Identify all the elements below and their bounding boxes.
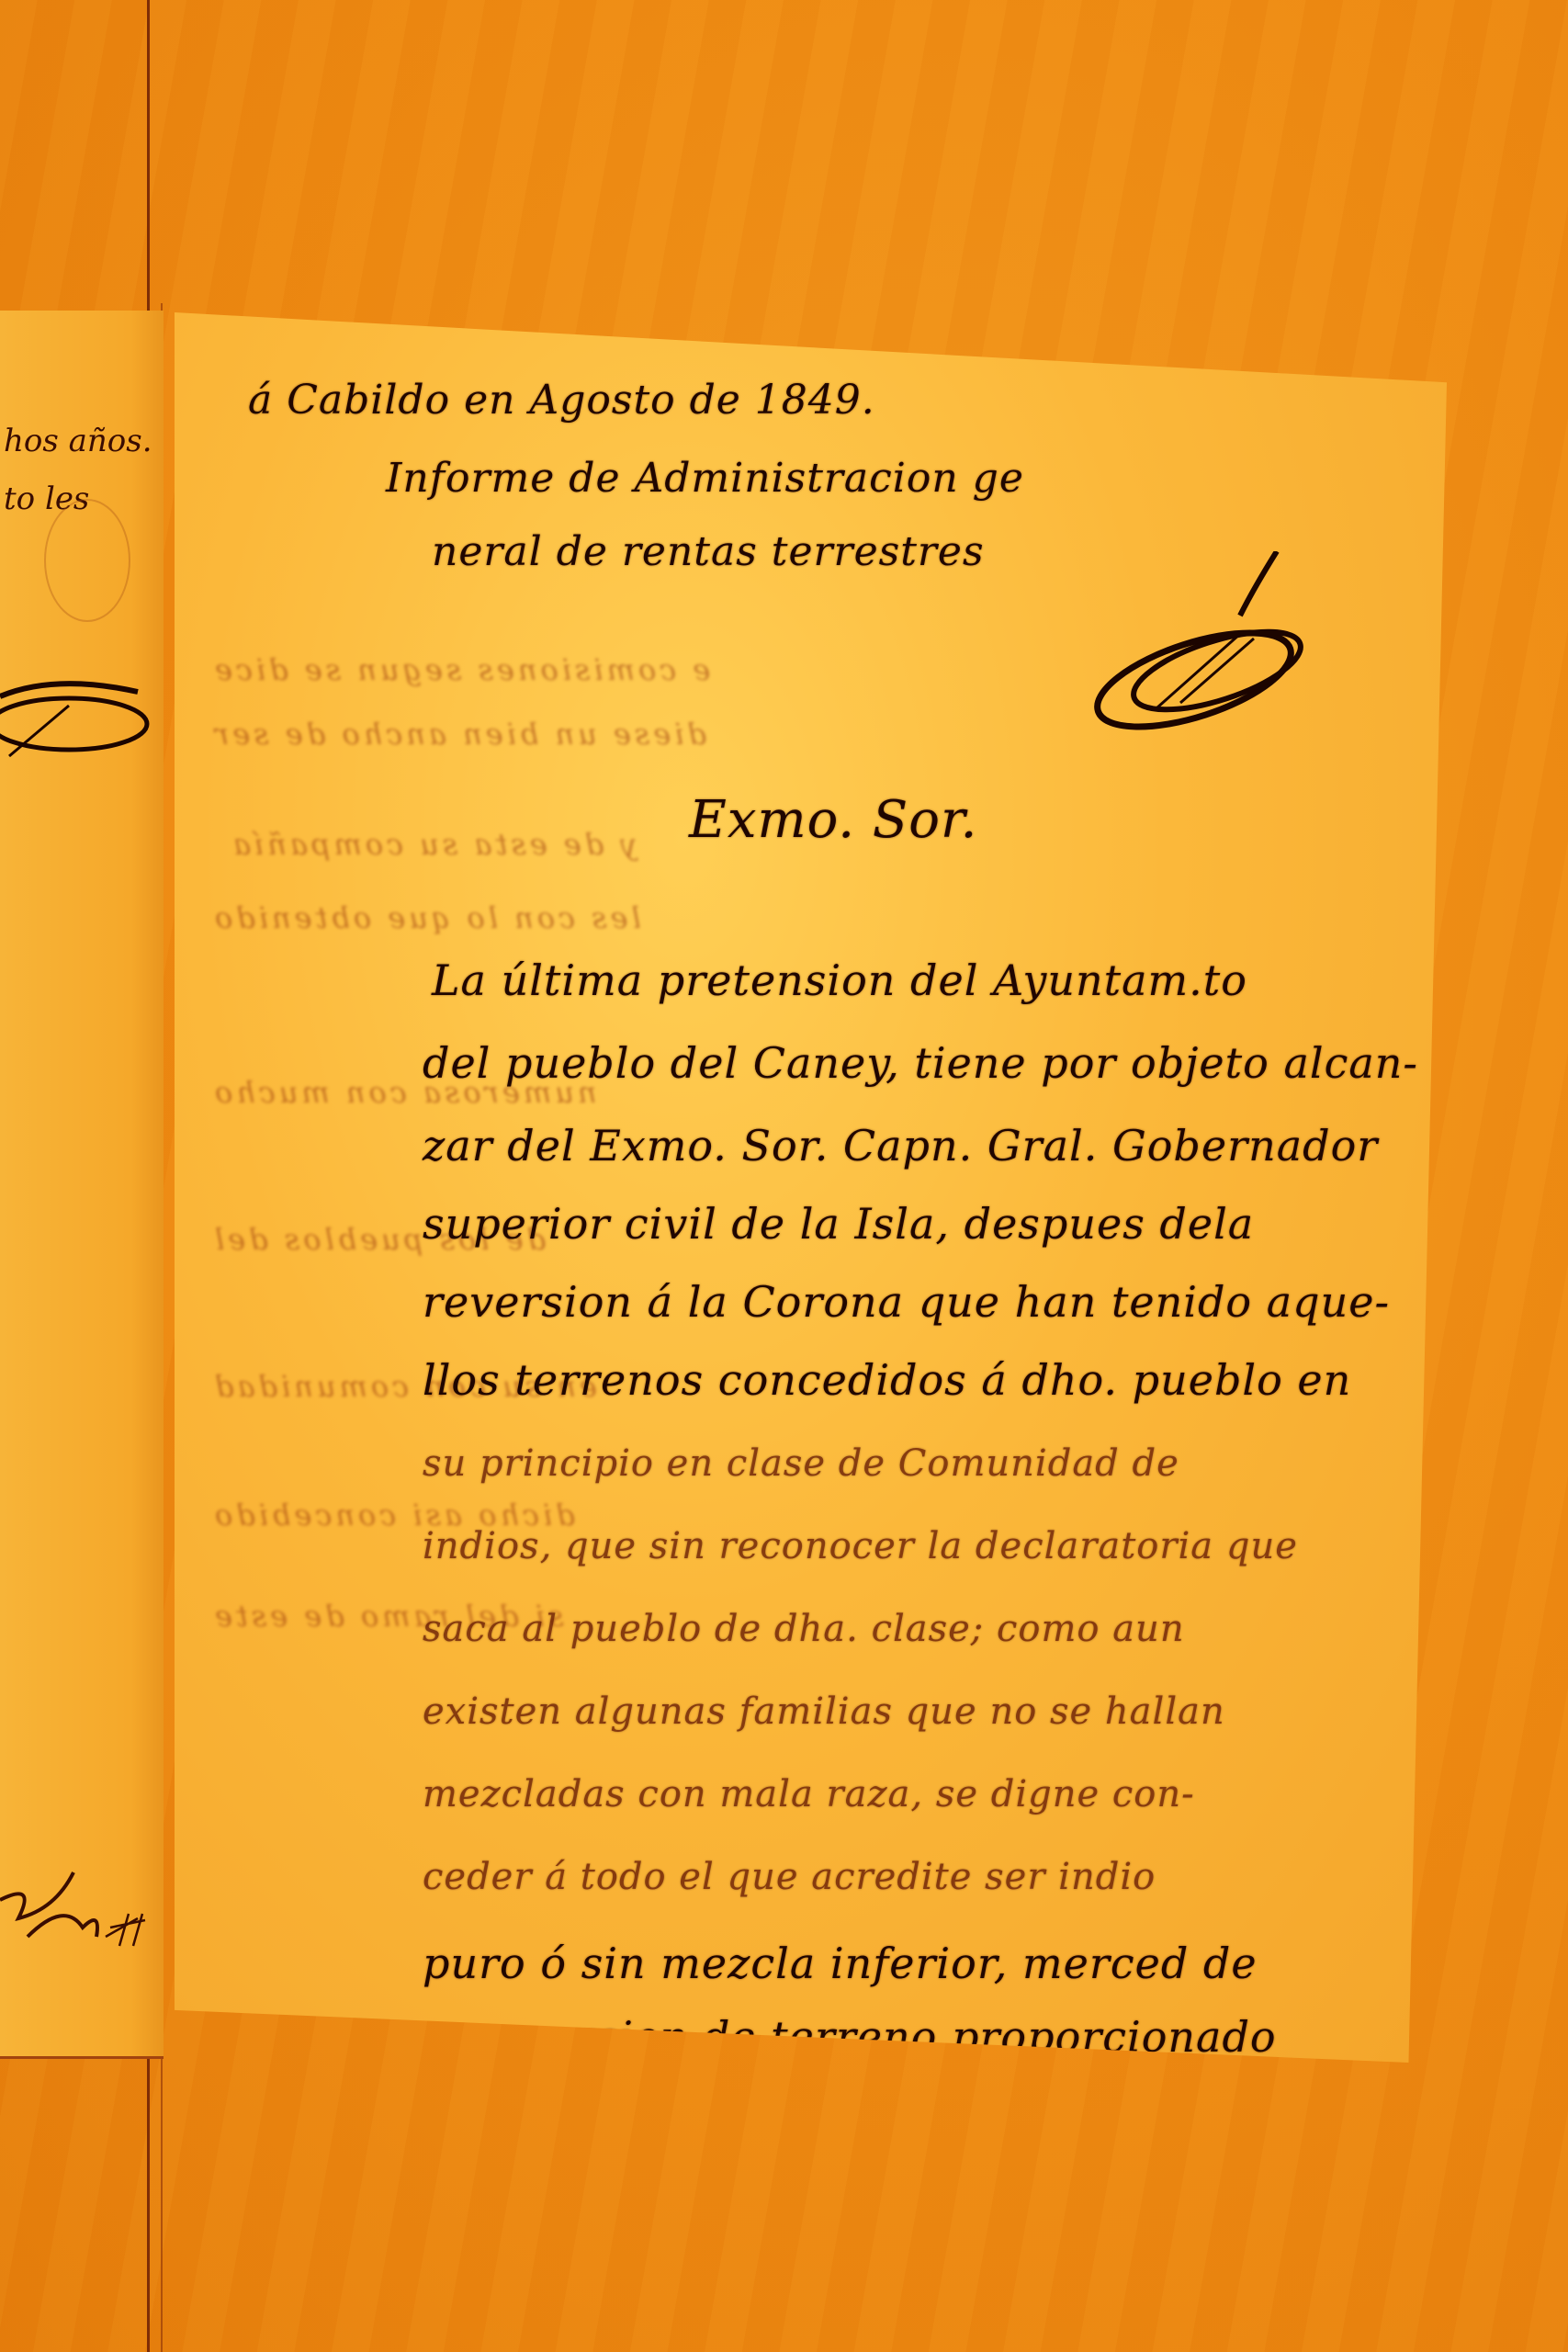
- signature-rubric-icon: [1056, 551, 1350, 763]
- faded-stamp: [44, 499, 130, 622]
- body-line: superior civil de la Isla, despues dela: [423, 1199, 1254, 1249]
- body-line: zar del Exmo. Sor. Capn. Gral. Gobernado…: [423, 1121, 1378, 1170]
- body-line: puro ó sin mezcla inferior, merced de: [423, 1939, 1258, 1988]
- bleed-through-text: diese un bien ancho de ser: [211, 717, 706, 752]
- body-line: llos terrenos concedidos á dho. pueblo e…: [423, 1355, 1351, 1405]
- body-line: reversion á la Corona que han tenido aqu…: [423, 1277, 1390, 1327]
- body-line: mezcladas con mala raza, se digne con-: [423, 1773, 1195, 1815]
- rubric-fragment-icon: [0, 1863, 156, 1964]
- header-line: á Cabildo en Agosto de 1849.: [248, 377, 875, 424]
- bleed-through-text: les con lo que obtenido: [211, 900, 641, 935]
- body-line: existen algunas familias que no se halla…: [423, 1690, 1225, 1733]
- bleed-through-text: e comisiones segun se dice: [211, 652, 710, 687]
- bleed-through-text: y de esta su compañía: [230, 827, 637, 862]
- body-line: su principio en clase de Comunidad de: [423, 1442, 1179, 1485]
- left-page-line: hos años.: [4, 423, 152, 459]
- salutation: Exmo. Sor.: [689, 790, 977, 850]
- body-line: saca al pueblo de dha. clase; como aun: [423, 1608, 1185, 1650]
- body-line: indios, que sin reconocer la declaratori…: [423, 1525, 1298, 1567]
- body-line: ceder á todo el que acredite ser indio: [423, 1856, 1156, 1898]
- body-line: La última pretension del Ayuntam.to: [432, 955, 1247, 1005]
- header-line: Informe de Administracion ge: [386, 455, 1024, 502]
- signature-flourish-icon: [0, 669, 156, 770]
- body-line: del pueblo del Caney, tiene por objeto a…: [423, 1038, 1418, 1088]
- adjacent-left-page: hos años. to les: [0, 311, 164, 2059]
- header-line: neral de rentas terrestres: [432, 528, 985, 575]
